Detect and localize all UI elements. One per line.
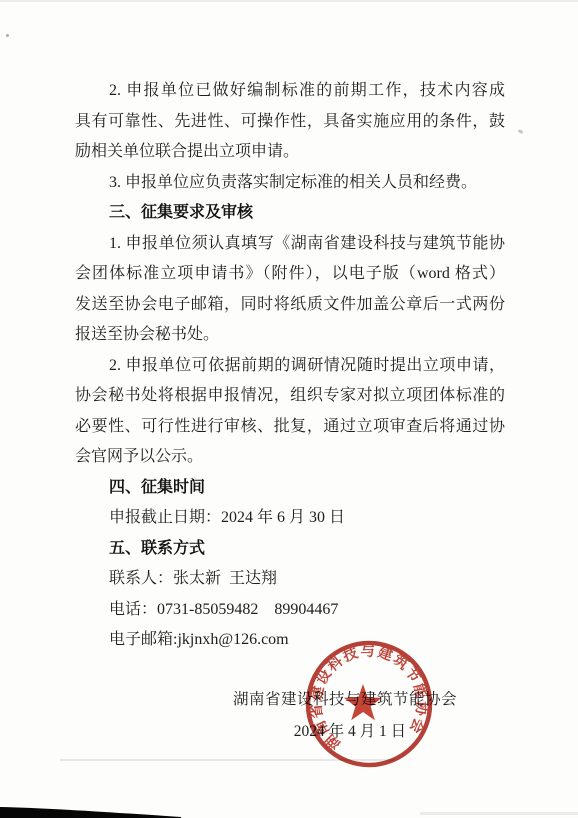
- body-line: 励相关单位联合提出立项申请。: [75, 137, 505, 168]
- official-seal: 湖南省建设科技与建筑节能协会: [303, 638, 435, 770]
- seal-star-icon: [344, 684, 382, 720]
- body-line: 具有可靠性、先进性、可操作性，具备实施应用的条件，鼓: [75, 107, 505, 138]
- scan-speck: [518, 129, 524, 134]
- body-line: 四、征集时间: [75, 473, 505, 504]
- body-line: 会官网予以公示。: [75, 442, 505, 473]
- scanned-document-page: { "document": { "lines": [ {"text": "2. …: [0, 0, 578, 818]
- scan-streak: [420, 812, 578, 815]
- body-line: 3. 申报单位应负责落实制定标准的相关人员和经费。: [75, 168, 505, 199]
- body-line: 报送至协会秘书处。: [75, 320, 505, 351]
- body-line: 发送至协会电子邮箱，同时将纸质文件加盖公章后一式两份: [75, 290, 505, 321]
- body-line: 申报截止日期：2024 年 6 月 30 日: [75, 503, 505, 534]
- body-line: 五、联系方式: [75, 534, 505, 565]
- body-line: 联系人：张太新 王达翔: [75, 564, 505, 595]
- body-line: 2. 申报单位已做好编制标准的前期工作，技术内容成熟，: [75, 76, 505, 107]
- body-line: 1. 申报单位须认真填写《湖南省建设科技与建筑节能协: [75, 229, 505, 260]
- document-body: 2. 申报单位已做好编制标准的前期工作，技术内容成熟，具有可靠性、先进性、可操作…: [75, 76, 505, 656]
- body-line: 会团体标准立项申请书》（附件），以电子版（word 格式）: [75, 259, 505, 290]
- body-line: 电子邮箱:jkjnxh@126.com: [75, 625, 505, 656]
- body-line: 必要性、可行性进行审核、批复，通过立项审查后将通过协: [75, 412, 505, 443]
- scan-edge-top: [0, 0, 578, 2]
- scan-edge-shadow: [0, 806, 182, 818]
- body-line: 电话：0731-85059482 89904467: [75, 595, 505, 626]
- body-line: 协会秘书处将根据申报情况，组织专家对拟立项团体标准的: [75, 381, 505, 412]
- body-line: 2. 申报单位可依据前期的调研情况随时提出立项申请，: [75, 351, 505, 382]
- body-line: 三、征集要求及审核: [75, 198, 505, 229]
- scan-speck: [6, 34, 9, 37]
